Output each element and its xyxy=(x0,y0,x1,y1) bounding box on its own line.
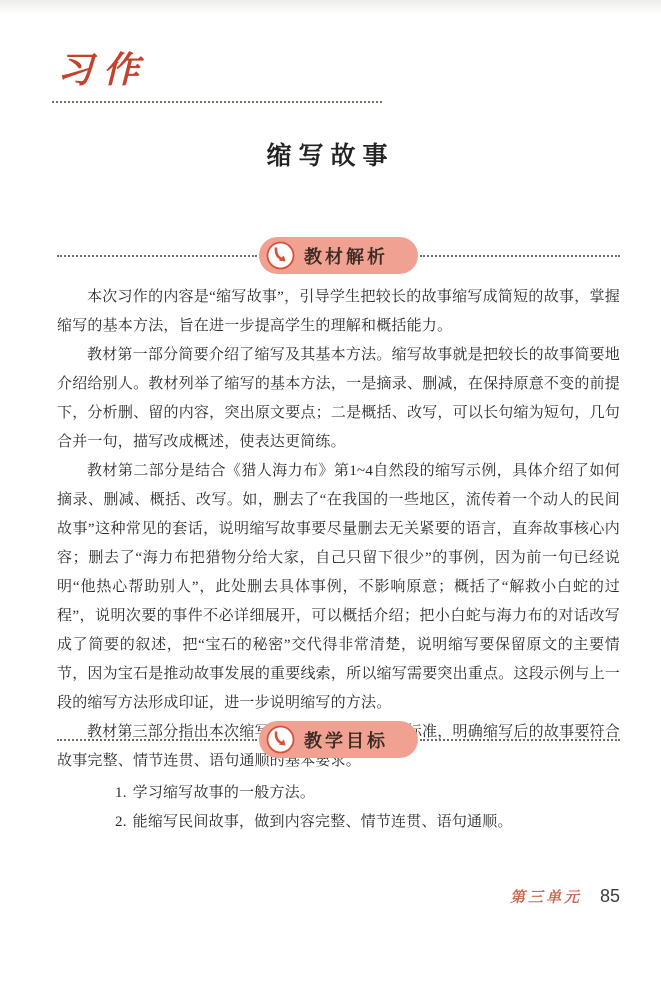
category-underline xyxy=(52,101,382,103)
goal-item: 1.学习缩写故事的一般方法。 xyxy=(57,779,620,808)
teaching-goals-list: 1.学习缩写故事的一般方法。 2.能缩写民间故事，做到内容完整、情节连贯、语句通… xyxy=(57,779,620,837)
dotted-divider xyxy=(57,739,257,741)
textbook-page: 习作 缩写故事 教材解析 本次习作的内容是“缩写故事”，引导学生把较长的故事缩写… xyxy=(0,0,661,985)
category-label: 习作 xyxy=(57,52,149,88)
goal-text: 能缩写民间故事，做到内容完整、情节连贯、语句通顺。 xyxy=(133,814,513,830)
page-title: 缩写故事 xyxy=(0,136,661,172)
page-footer: 第三单元 85 xyxy=(510,886,620,907)
material-analysis-text: 本次习作的内容是“缩写故事”，引导学生把较长的故事缩写成简短的故事，掌握缩写的基… xyxy=(57,283,620,776)
dotted-divider xyxy=(420,255,620,257)
paragraph: 教材第二部分是结合《猎人海力布》第1~4自然段的缩写示例，具体介绍了如何摘录、删… xyxy=(57,457,620,718)
goal-number: 2. xyxy=(115,814,127,830)
section-title: 教学目标 xyxy=(304,727,388,753)
dotted-divider xyxy=(57,255,257,257)
circled-down-arrow-icon xyxy=(266,725,295,754)
page-number: 85 xyxy=(600,886,620,907)
paragraph: 教材第一部分简要介绍了缩写及其基本方法。缩写故事就是把较长的故事简要地介绍给别人… xyxy=(57,341,620,457)
goal-item: 2.能缩写民间故事，做到内容完整、情节连贯、语句通顺。 xyxy=(57,808,620,837)
unit-label: 第三单元 xyxy=(510,886,582,907)
section-header-teaching-goals: 教学目标 xyxy=(57,721,620,758)
paragraph: 本次习作的内容是“缩写故事”，引导学生把较长的故事缩写成简短的故事，掌握缩写的基… xyxy=(57,283,620,341)
section-title: 教材解析 xyxy=(304,243,388,269)
goal-text: 学习缩写故事的一般方法。 xyxy=(133,785,315,801)
dotted-divider xyxy=(420,739,620,741)
goal-number: 1. xyxy=(115,785,127,801)
section-pill: 教材解析 xyxy=(259,237,418,274)
section-header-material-analysis: 教材解析 xyxy=(57,237,620,274)
circled-down-arrow-icon xyxy=(266,241,295,270)
section-pill: 教学目标 xyxy=(259,721,418,758)
